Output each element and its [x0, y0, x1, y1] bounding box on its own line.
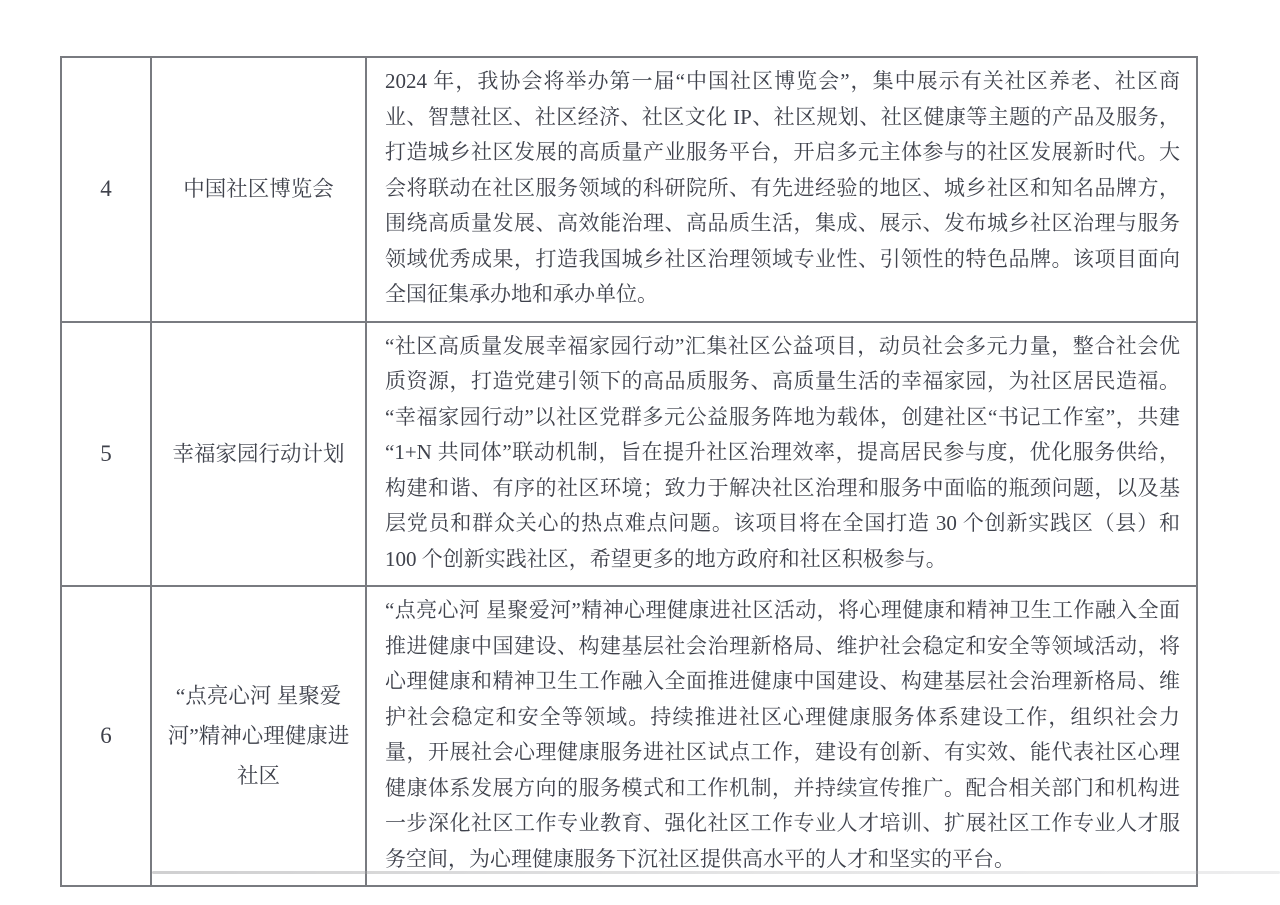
row-number: 5 — [61, 322, 151, 587]
table-row: 5 幸福家园行动计划 “社区高质量发展幸福家园行动”汇集社区公益项目，动员社会多… — [61, 322, 1197, 587]
document-page: 4 中国社区博览会 2024 年，我协会将举办第一届“中国社区博览会”，集中展示… — [0, 0, 1280, 905]
table-row: 4 中国社区博览会 2024 年，我协会将举办第一届“中国社区博览会”，集中展示… — [61, 57, 1197, 322]
scan-shadow-artifact — [152, 871, 1280, 874]
project-description: “点亮心河 星聚爱河”精神心理健康进社区活动，将心理健康和精神卫生工作融入全面推… — [366, 586, 1197, 886]
table-row: 6 “点亮心河 星聚爱河”精神心理健康进社区 “点亮心河 星聚爱河”精神心理健康… — [61, 586, 1197, 886]
projects-table: 4 中国社区博览会 2024 年，我协会将举办第一届“中国社区博览会”，集中展示… — [60, 56, 1198, 887]
project-description: 2024 年，我协会将举办第一届“中国社区博览会”，集中展示有关社区养老、社区商… — [366, 57, 1197, 322]
project-name: 中国社区博览会 — [151, 57, 366, 322]
row-number: 4 — [61, 57, 151, 322]
project-name: 幸福家园行动计划 — [151, 322, 366, 587]
row-number: 6 — [61, 586, 151, 886]
project-description: “社区高质量发展幸福家园行动”汇集社区公益项目，动员社会多元力量，整合社会优质资… — [366, 322, 1197, 587]
project-name: “点亮心河 星聚爱河”精神心理健康进社区 — [151, 586, 366, 886]
